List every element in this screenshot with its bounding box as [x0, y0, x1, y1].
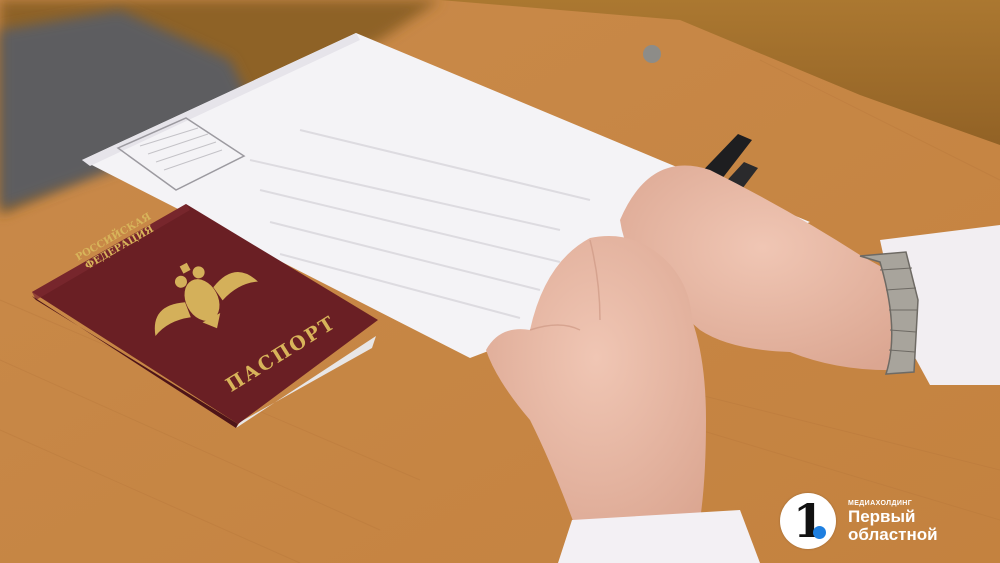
photo-scene: 1 МЕДИАХОЛДИНГ Первый областной РОССИЙСК…	[0, 0, 1000, 563]
logo-name-line1: Первый	[848, 508, 938, 526]
logo-text: МЕДИАХОЛДИНГ Первый областной	[848, 499, 938, 544]
logo-badge: 1	[780, 493, 836, 549]
logo-dot-icon	[813, 526, 826, 539]
logo-name-line2: областной	[848, 526, 938, 544]
photo-illustration	[0, 0, 1000, 563]
watermark-logo: 1 МЕДИАХОЛДИНГ Первый областной	[780, 490, 990, 552]
